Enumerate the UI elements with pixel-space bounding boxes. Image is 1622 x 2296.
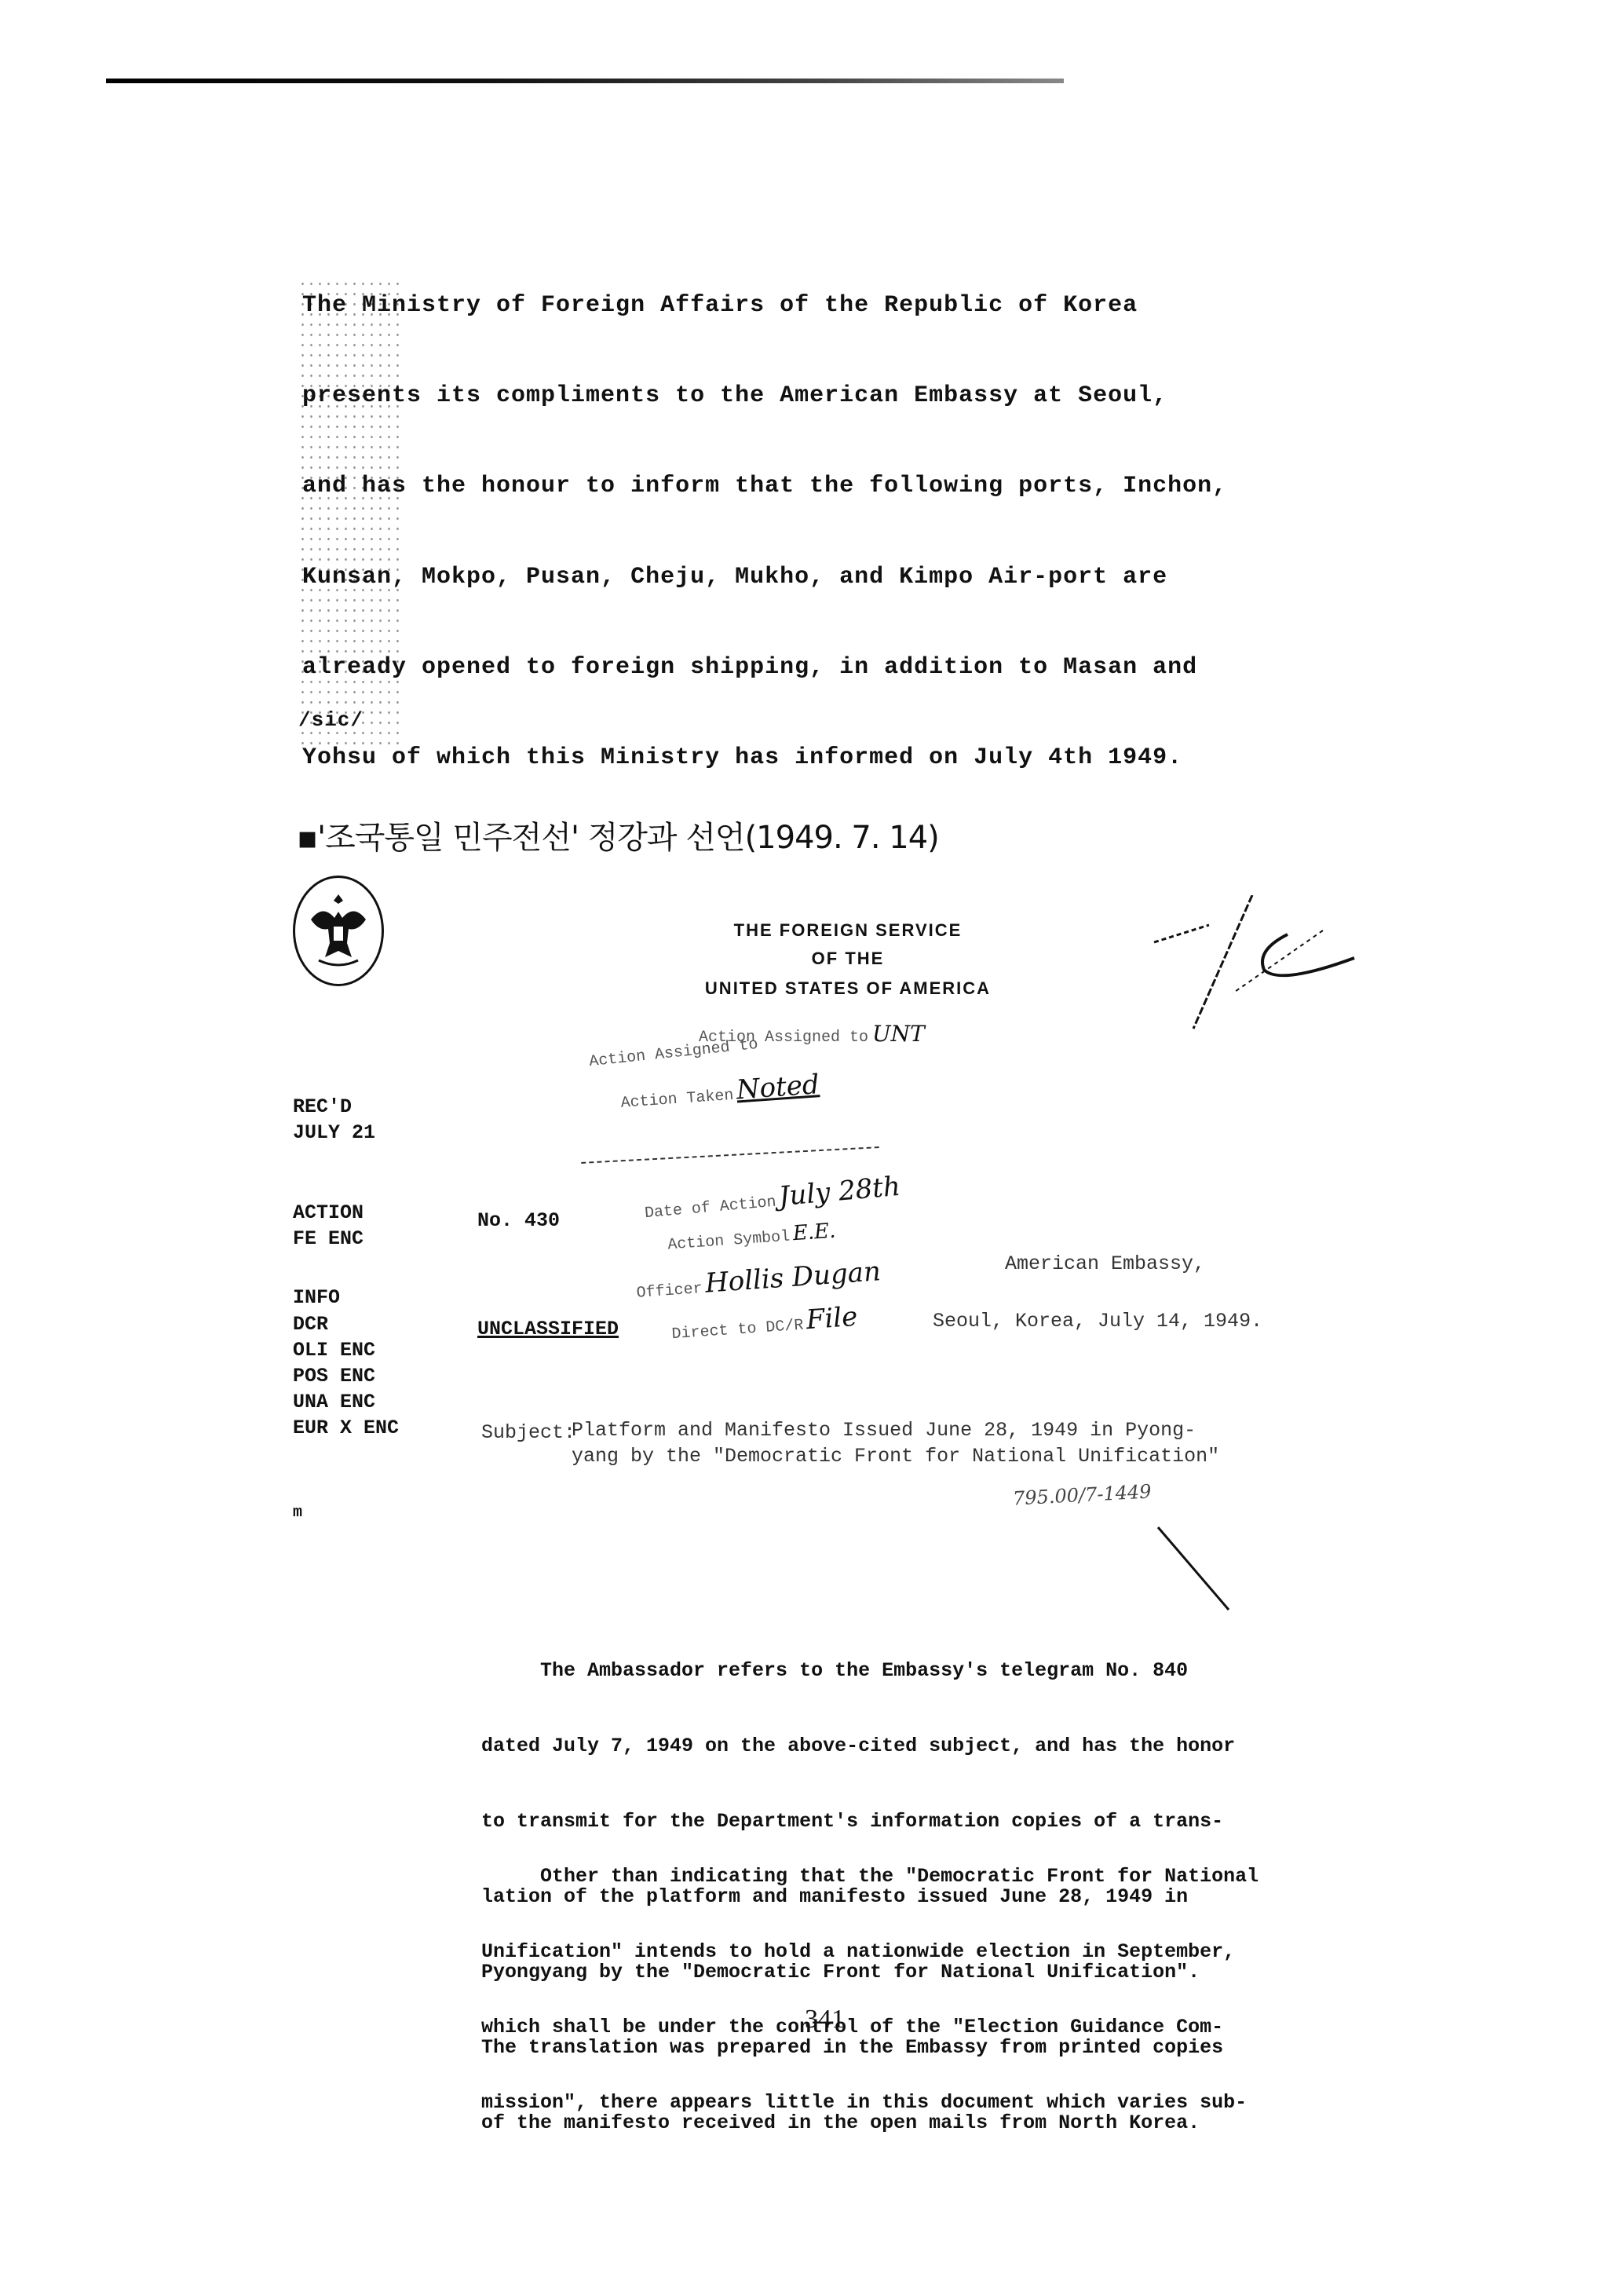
action-taken-value: Noted (736, 1069, 820, 1106)
letterhead-line: OF THE (691, 949, 1005, 969)
direct-to-value: File (806, 1301, 859, 1336)
subject-label: Subject: (481, 1421, 575, 1444)
note-line: presents its compliments to the American… (302, 382, 1167, 409)
info-item: OLI ENC (293, 1339, 375, 1362)
place-date: Seoul, Korea, July 14, 1949. (933, 1310, 1262, 1333)
date-of-action-value: July 28th (777, 1171, 901, 1212)
classification-marking: UNCLASSIFIED (477, 1318, 619, 1340)
info-item: POS ENC (293, 1365, 375, 1387)
received-date: JULY 21 (293, 1121, 375, 1144)
korean-caption: ▪'조국통일 민주전선' 정강과 선언(1949. 7. 14) (297, 813, 939, 857)
paragraph-line: dated July 7, 1949 on the above-cited su… (481, 1734, 1235, 1759)
action-item: FE ENC (293, 1227, 363, 1250)
paragraph-line: mission", there appears little in this d… (481, 2090, 1259, 2115)
eagle-icon (303, 888, 374, 974)
assigned-value: UNT (872, 1021, 925, 1047)
file-annotation: 795.00/7-1449 (1012, 1480, 1152, 1509)
subject-line: yang by the "Democratic Front for Nation… (572, 1445, 1219, 1468)
note-line: and has the honour to inform that the fo… (302, 473, 1227, 499)
note-line: already opened to foreign shipping, in a… (302, 654, 1197, 681)
direct-to-label: Direct to DC/R (671, 1317, 804, 1344)
initials-signature (1146, 895, 1382, 1068)
action-label: ACTION (293, 1201, 363, 1224)
margin-mark: m (293, 1504, 302, 1522)
action-symbol-label: Action Symbol (667, 1228, 791, 1255)
great-seal-icon (293, 876, 384, 986)
info-item: EUR X ENC (293, 1417, 399, 1439)
info-item: UNA ENC (293, 1391, 375, 1413)
reference-arrow-line (1154, 1523, 1248, 1618)
letterhead-line: UNITED STATES OF AMERICA (691, 978, 1005, 999)
subject-line: Platform and Manifesto Issued June 28, 1… (572, 1419, 1196, 1442)
paragraph-line: Other than indicating that the "Democrat… (481, 1864, 1259, 1889)
note-line: Kunsan, Mokpo, Pusan, Cheju, Mukho, and … (302, 564, 1167, 590)
dispatch-number: No. 430 (477, 1209, 560, 1232)
page-number: 341 (805, 2005, 845, 2035)
action-taken-label: Action Taken (620, 1087, 734, 1113)
letterhead-line: THE FOREIGN SERVICE (691, 920, 1005, 941)
note-line: The Ministry of Foreign Affairs of the R… (302, 292, 1138, 319)
paragraph-2: Other than indicating that the "Democrat… (481, 1814, 1259, 2141)
paragraph-line: Unification" intends to hold a nationwid… (481, 1940, 1259, 1965)
info-item: DCR (293, 1313, 328, 1336)
action-assigned-label: Action Assigned to (588, 1036, 758, 1071)
sic-annotation: /sic/ (298, 708, 363, 732)
top-scan-rule (106, 79, 1064, 83)
info-label: INFO (293, 1286, 340, 1309)
officer-label: Officer (636, 1280, 703, 1303)
stamp-divider (581, 1146, 879, 1164)
officer-value: Hollis Dugan (704, 1256, 882, 1300)
paragraph-line: The Ambassador refers to the Embassy's t… (481, 1658, 1235, 1684)
sender-line: American Embassy, (1005, 1252, 1205, 1275)
received-label: REC'D (293, 1095, 352, 1118)
action-symbol-value: E.E. (792, 1219, 836, 1246)
note-line: Yohsu of which this Ministry has informe… (302, 744, 1182, 771)
paragraph-line: which shall be under the control of the … (481, 2015, 1259, 2040)
date-of-action-label: Date of Action (644, 1194, 776, 1223)
